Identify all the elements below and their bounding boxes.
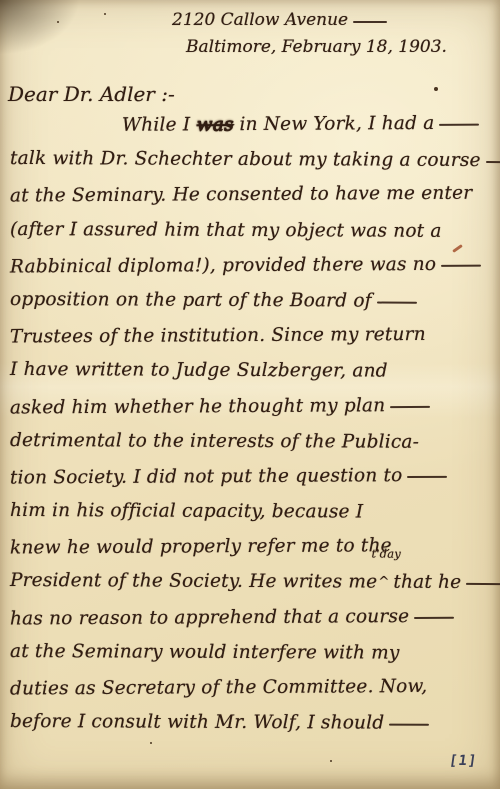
handwritten-line: detrimental to the interests of the Publ… [10,423,496,460]
handwritten-line: (after I assured him that my object was … [10,212,496,249]
handwritten-line: him in his official capacity, because I [10,493,496,530]
letter-header: 2120 Callow Avenue Baltimore, February 1… [172,10,447,57]
body-text-segment: Trustees of the institution. Since my re… [10,324,426,348]
body-text-segment: at the Seminary would interfere with my [10,641,400,664]
body-text-segment: tion Society. I did not put the question… [10,465,403,488]
body-text-segment: has no reason to apprehend that a course [10,606,409,629]
flourish-dash [439,124,479,126]
body-text-segment: before I consult with Mr. Wolf, I should [10,711,384,734]
paper-speck [104,13,106,15]
interline-insertion: t'day^ [377,569,393,588]
handwritten-line: has no reason to apprehend that a course [10,598,496,636]
body-text-segment: opposition on the part of the Board of [10,289,372,312]
handwritten-line: before I consult with Mr. Wolf, I should [10,704,496,741]
paper-speck [330,760,332,762]
body-text-segment: detrimental to the interests of the Publ… [10,430,419,453]
handwritten-line: While I was in New York, I had a [10,106,496,144]
body-text-segment: duties as Secretary of the Committee. No… [10,676,427,700]
address-line: 2120 Callow Avenue [172,10,447,30]
page-corner-shadow [0,0,80,55]
handwritten-line: at the Seminary. He consented to have me… [10,176,496,214]
date-line: Baltimore, February 18, 1903. [186,37,447,57]
caret-mark: ^ [378,565,389,600]
handwritten-line: Trustees of the institution. Since my re… [10,317,496,355]
flourish-dash [441,264,481,266]
flourish-dash [407,476,447,478]
paper-speck [57,21,59,23]
body-text-segment: at the Seminary. He consented to have me… [10,183,472,207]
flourish-dash [486,161,500,163]
handwritten-line: opposition on the part of the Board of [10,282,496,319]
paper-speck [434,87,438,91]
body-text-segment: asked him whether he thought my plan [10,395,386,418]
handwritten-line: Rabbinical diploma!), provided there was… [10,246,496,284]
handwritten-line: knew he would properly refer me to the [10,528,496,566]
body-text-segment: Rabbinical diploma!), provided there was… [10,254,436,278]
body-text-segment: him in his official capacity, because I [10,500,363,523]
flourish-dash [377,301,417,303]
body-text-segment: President of the Society. He writes me [10,570,377,593]
address-text: 2120 Callow Avenue [172,10,348,30]
struck-out-word: was [196,114,233,135]
flourish-dash [353,21,387,23]
paper-speck [150,742,152,744]
handwritten-line: asked him whether he thought my plan [10,387,496,425]
flourish-dash [390,405,430,407]
flourish-dash [466,583,500,585]
body-text-segment: knew he would properly refer me to the [10,535,392,558]
handwritten-line: I have written to Judge Sulzberger, and [10,352,496,389]
body-text-segment: (after I assured him that my object was … [10,219,442,242]
handwritten-line: tion Society. I did not put the question… [10,457,496,495]
handwritten-line: at the Seminary would interfere with my [10,634,496,671]
flourish-dash [389,724,429,726]
body-text-segment: talk with Dr. Schechter about my taking … [10,148,481,171]
body-text-segment: that he [393,572,461,593]
handwritten-line: duties as Secretary of the Committee. No… [10,669,496,707]
handwritten-line: talk with Dr. Schechter about my taking … [10,141,496,178]
body-text-segment: in New York, I had a [233,113,434,135]
letter-body: While I was in New York, I had atalk wit… [10,107,496,740]
letter-page: 2120 Callow Avenue Baltimore, February 1… [0,0,500,789]
salutation: Dear Dr. Adler :- [8,82,175,106]
body-text-segment: I have written to Judge Sulzberger, and [10,359,388,382]
body-text-segment: While I [122,114,197,135]
flourish-dash [414,616,454,618]
handwritten-line: President of the Society. He writes met'… [10,563,496,600]
page-number-marker: [1] [448,753,479,769]
